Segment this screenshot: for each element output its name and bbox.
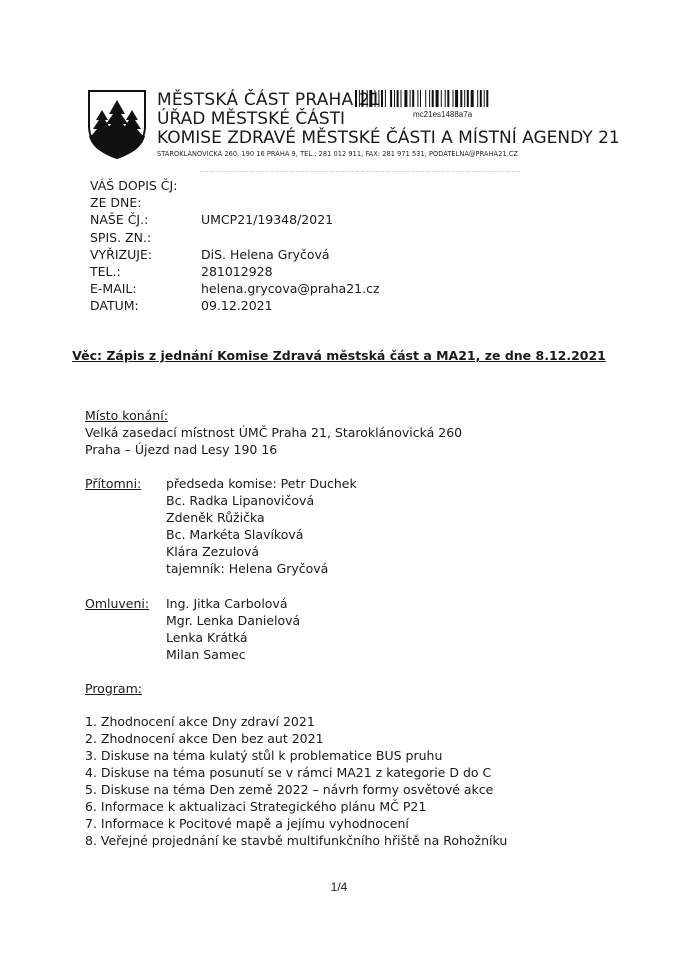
list-item: 8. Veřejné projednání ke stavbě multifun… [85, 833, 507, 848]
barcode-icon [355, 90, 535, 107]
list-item: 7. Informace k Pocitové mapě a jejímu vy… [85, 816, 409, 831]
meta-value: helena.grycova@praha21.cz [201, 281, 380, 296]
list-item: Bc. Markéta Slavíková [166, 527, 303, 542]
meta-label: VYŘIZUJE: [90, 247, 152, 262]
divider [200, 171, 520, 173]
list-item: Zdeněk Růžička [166, 510, 265, 525]
meta-value: DiS. Helena Gryčová [201, 247, 330, 262]
meta-label: TEL.: [90, 264, 121, 279]
subject-title: Věc: Zápis z jednání Komise Zdravá městs… [0, 348, 678, 363]
list-item: Mgr. Lenka Danielová [166, 613, 300, 628]
list-item: Klára Zezulová [166, 544, 259, 559]
excused-label: Omluveni: [85, 596, 149, 611]
list-item: 3. Diskuse na téma kulatý stůl k problem… [85, 748, 442, 763]
header-address: STAROKLÁNOVICKÁ 260, 190 16 PRAHA 9, TEL… [157, 150, 518, 158]
meta-value: 09.12.2021 [201, 298, 273, 313]
meta-label: DATUM: [90, 298, 139, 313]
list-item: 6. Informace k aktualizaci Strategického… [85, 799, 426, 814]
list-item: 1. Zhodnocení akce Dny zdraví 2021 [85, 714, 315, 729]
list-item: Bc. Radka Lipanovičová [166, 493, 314, 508]
venue-line1: Velká zasedací místnost ÚMČ Praha 21, St… [85, 425, 462, 440]
page-number: 1/4 [0, 880, 678, 894]
coat-of-arms-icon [86, 88, 148, 160]
venue-line2: Praha – Újezd nad Lesy 190 16 [85, 442, 277, 457]
venue-label: Místo konání: [85, 408, 168, 423]
meta-value: 281012928 [201, 264, 273, 279]
meta-label: NAŠE ČJ.: [90, 212, 148, 227]
list-item: Milan Samec [166, 647, 246, 662]
barcode-text: mc21es1488a7a [413, 110, 472, 119]
present-label: Přítomni: [85, 476, 141, 491]
list-item: předseda komise: Petr Duchek [166, 476, 357, 491]
program-label: Program: [85, 681, 142, 696]
meta-label: SPIS. ZN.: [90, 230, 151, 245]
header-commission: KOMISE ZDRAVÉ MĚSTSKÉ ČÁSTI A MÍSTNÍ AGE… [157, 128, 620, 148]
meta-label: E-MAIL: [90, 281, 137, 296]
list-item: 5. Diskuse na téma Den země 2022 – návrh… [85, 782, 493, 797]
list-item: 2. Zhodnocení akce Den bez aut 2021 [85, 731, 324, 746]
list-item: tajemník: Helena Gryčová [166, 561, 328, 576]
header-municipality: MĚSTSKÁ ČÁST PRAHA 21 [157, 90, 381, 110]
list-item: Ing. Jitka Carbolová [166, 596, 288, 611]
meta-label: VÁŠ DOPIS ČJ: [90, 178, 177, 193]
meta-label: ZE DNE: [90, 195, 142, 210]
list-item: 4. Diskuse na téma posunutí se v rámci M… [85, 765, 491, 780]
meta-value: UMCP21/19348/2021 [201, 212, 333, 227]
header-office: ÚŘAD MĚSTSKÉ ČÁSTI [157, 109, 345, 129]
list-item: Lenka Krátká [166, 630, 248, 645]
